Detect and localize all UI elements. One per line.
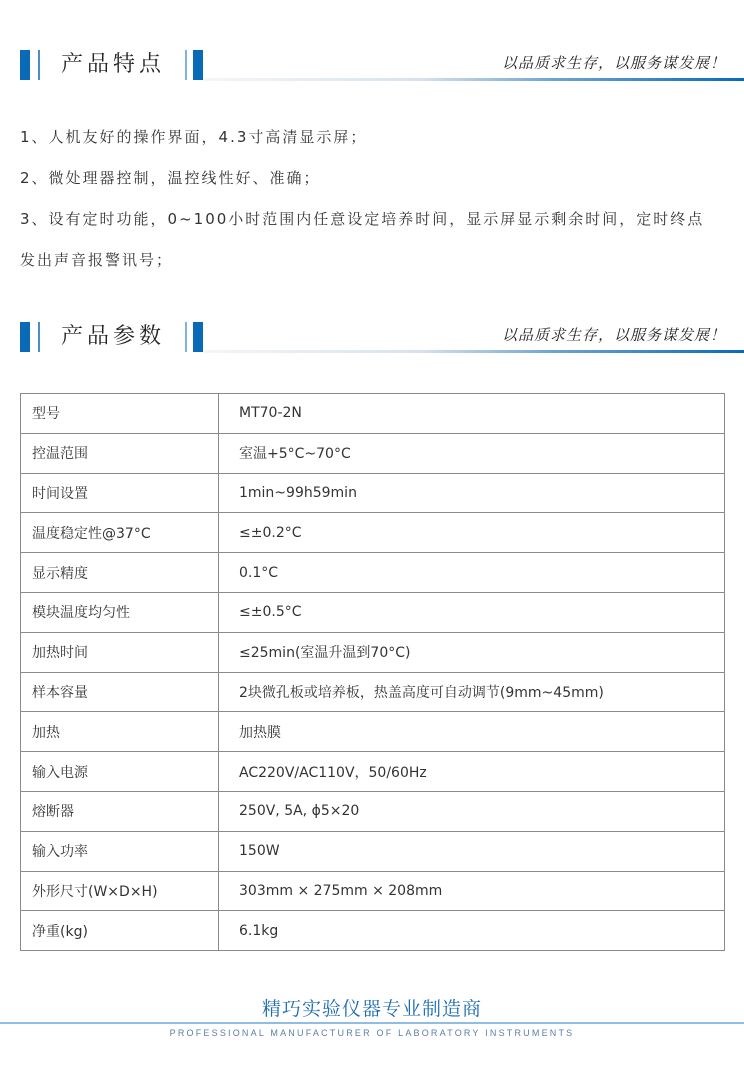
spec-label: 输入电源 — [21, 752, 219, 792]
spec-table: 型号MT70-2N 控温范围室温+5°C~70°C 时间设置1min~99h59… — [20, 393, 725, 951]
spec-value: ≤±0.2°C — [219, 513, 725, 553]
table-row: 显示精度0.1°C — [21, 553, 725, 593]
table-row: 控温范围室温+5°C~70°C — [21, 433, 725, 473]
table-row: 加热加热膜 — [21, 712, 725, 752]
spec-value: ≤25min(室温升温到70°C) — [219, 632, 725, 672]
table-row: 熔断器250V, 5A, ϕ5×20 — [21, 791, 725, 831]
header-accent-line — [185, 50, 187, 80]
table-row: 外形尺寸(W×D×H)303mm × 275mm × 208mm — [21, 871, 725, 911]
spec-value: MT70-2N — [219, 394, 725, 434]
footer-subtitle: PROFESSIONAL MANUFACTURER OF LABORATORY … — [0, 1028, 744, 1038]
spec-value: 2块微孔板或培养板，热盖高度可自动调节(9mm~45mm) — [219, 672, 725, 712]
params-slogan: 以品质求生存，以服务谋发展！ — [502, 322, 726, 348]
table-row: 输入电源AC220V/AC110V，50/60Hz — [21, 752, 725, 792]
table-row: 温度稳定性@37°C≤±0.2°C — [21, 513, 725, 553]
table-row: 型号MT70-2N — [21, 394, 725, 434]
params-section-header: 产品参数 以品质求生存，以服务谋发展！ — [0, 322, 744, 362]
spec-label: 加热 — [21, 712, 219, 752]
feature-item: 2、微处理器控制，温控线性好、准确； — [20, 158, 720, 199]
table-row: 输入功率150W — [21, 831, 725, 871]
spec-value: 250V, 5A, ϕ5×20 — [219, 791, 725, 831]
spec-value: 加热膜 — [219, 712, 725, 752]
spec-label: 加热时间 — [21, 632, 219, 672]
spec-label: 时间设置 — [21, 473, 219, 513]
spec-label: 模块温度均匀性 — [21, 592, 219, 632]
spec-value: 0.1°C — [219, 553, 725, 593]
header-gradient-underline — [203, 78, 744, 81]
footer-title: 精巧实验仪器专业制造商 — [0, 994, 744, 1021]
table-row: 模块温度均匀性≤±0.5°C — [21, 592, 725, 632]
spec-label: 净重(kg) — [21, 911, 219, 951]
header-accent-bar — [193, 322, 203, 352]
features-section-header: 产品特点 以品质求生存，以服务谋发展！ — [0, 50, 744, 90]
table-row: 样本容量2块微孔板或培养板，热盖高度可自动调节(9mm~45mm) — [21, 672, 725, 712]
features-title: 产品特点 — [61, 50, 165, 80]
header-accent-bar — [193, 50, 203, 80]
spec-value: 150W — [219, 831, 725, 871]
spec-value: ≤±0.5°C — [219, 592, 725, 632]
spec-value: 室温+5°C~70°C — [219, 433, 725, 473]
spec-label: 输入功率 — [21, 831, 219, 871]
spec-label: 控温范围 — [21, 433, 219, 473]
spec-label: 样本容量 — [21, 672, 219, 712]
spec-value: AC220V/AC110V，50/60Hz — [219, 752, 725, 792]
header-accent-line — [38, 50, 40, 80]
feature-item: 1、人机友好的操作界面，4.3寸高清显示屏； — [20, 117, 720, 158]
spec-value: 303mm × 275mm × 208mm — [219, 871, 725, 911]
spec-value: 1min~99h59min — [219, 473, 725, 513]
header-gradient-underline — [203, 350, 744, 353]
spec-label: 外形尺寸(W×D×H) — [21, 871, 219, 911]
spec-value: 6.1kg — [219, 911, 725, 951]
header-accent-bar — [20, 322, 30, 352]
header-accent-line — [38, 322, 40, 352]
spec-label: 温度稳定性@37°C — [21, 513, 219, 553]
features-list: 1、人机友好的操作界面，4.3寸高清显示屏； 2、微处理器控制，温控线性好、准确… — [20, 117, 720, 281]
table-row: 净重(kg)6.1kg — [21, 911, 725, 951]
feature-item: 3、设有定时功能，0~100小时范围内任意设定培养时间，显示屏显示剩余时间，定时… — [20, 199, 720, 281]
header-accent-bar — [20, 50, 30, 80]
table-row: 加热时间≤25min(室温升温到70°C) — [21, 632, 725, 672]
spec-label: 型号 — [21, 394, 219, 434]
spec-label: 熔断器 — [21, 791, 219, 831]
features-slogan: 以品质求生存，以服务谋发展！ — [502, 50, 726, 76]
params-title: 产品参数 — [61, 322, 165, 352]
header-accent-line — [185, 322, 187, 352]
footer-divider — [0, 1022, 744, 1024]
spec-label: 显示精度 — [21, 553, 219, 593]
table-row: 时间设置1min~99h59min — [21, 473, 725, 513]
